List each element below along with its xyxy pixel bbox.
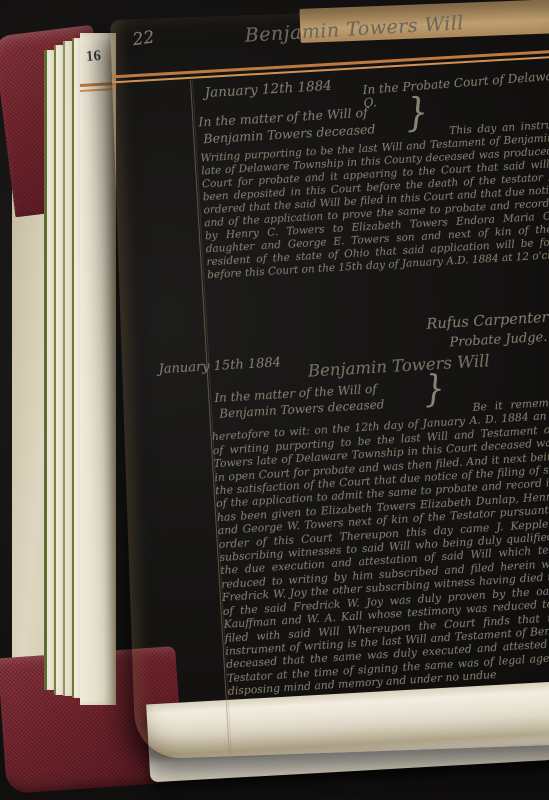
page-title: Benjamin Towers Will [219, 11, 490, 49]
header-rule [80, 88, 116, 92]
entry-body: Be it remembered that heretofore to wit:… [211, 392, 549, 698]
left-page: 16 [80, 33, 116, 705]
entry-body: This day an instrument of Writing purpor… [199, 117, 549, 283]
judge-signature: Rufus Carpenter [426, 310, 549, 333]
court-name: In the Probate Court of Delaware Co. O. [362, 66, 549, 110]
page-number: 22 [131, 27, 155, 50]
header-rule [80, 82, 116, 87]
entry-date: January 15th 1884 [158, 355, 281, 377]
judge-title: Probate Judge. [449, 330, 548, 351]
book-photo: 16 22 Benjamin Towers Will January 12th … [0, 0, 549, 800]
entry-heading: Benjamin Towers Will [278, 349, 519, 382]
entry-date: January 12th 1884 [204, 78, 332, 101]
record-page: 22 Benjamin Towers Will January 12th 188… [110, 3, 549, 759]
photo-background: { "photo": { "background_color": "#11100… [0, 0, 549, 800]
page-content: Benjamin Towers Will January 12th 1884 I… [110, 3, 549, 759]
